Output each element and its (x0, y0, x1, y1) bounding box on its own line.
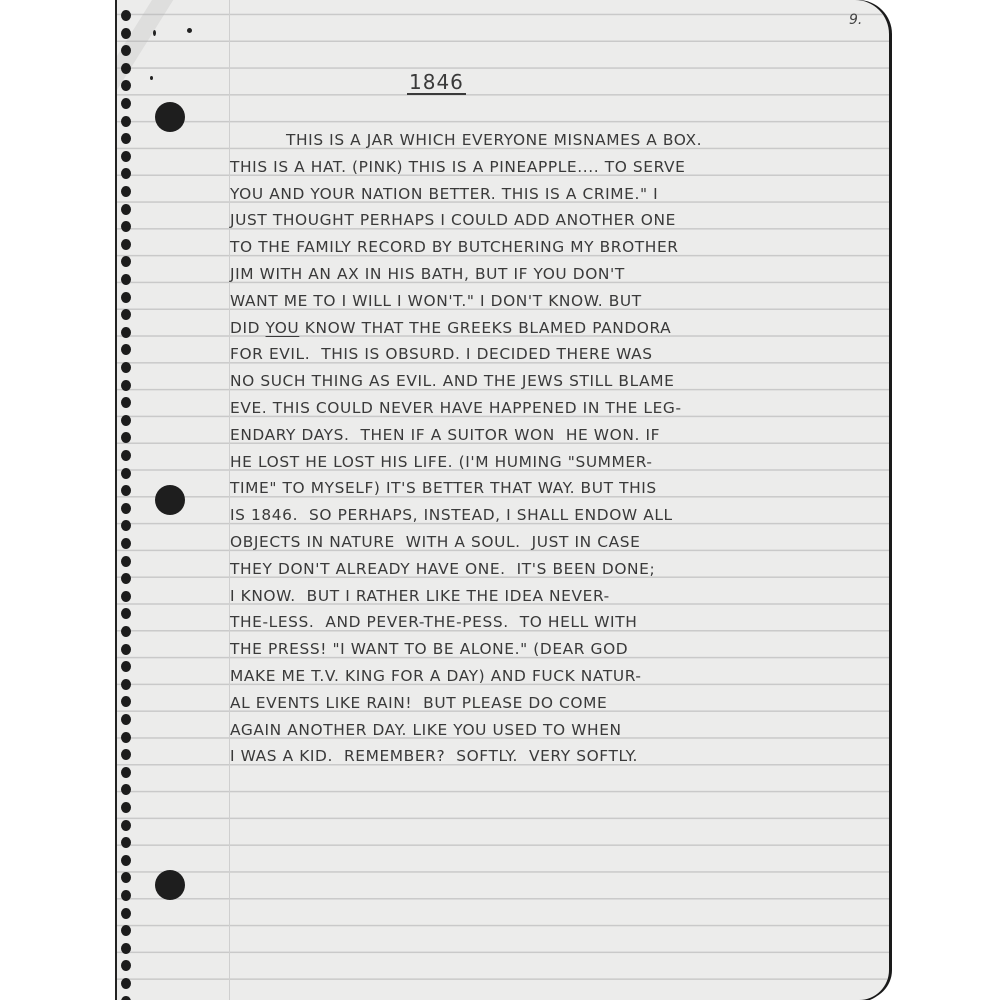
spiral-hole (121, 749, 131, 760)
spiral-hole (121, 802, 131, 813)
spiral-hole (121, 397, 131, 408)
text-line: AL EVENTS LIKE RAIN! BUT PLEASE DO COME (230, 690, 880, 717)
text-line: ENDARY DAYS. THEN IF A SUITOR WON HE WON… (230, 422, 880, 449)
text-line: HE LOST HE LOST HIS LIFE. (I'M HUMING "S… (230, 449, 880, 476)
spiral-hole (121, 380, 131, 391)
page-number: 9. (849, 12, 862, 28)
spiral-hole (121, 292, 131, 303)
text-line: AGAIN ANOTHER DAY. LIKE YOU USED TO WHEN (230, 717, 880, 744)
spiral-hole (121, 415, 131, 426)
spiral-hole (121, 256, 131, 267)
spiral-hole (121, 186, 131, 197)
spiral-hole (121, 45, 131, 56)
ink-speck (150, 76, 153, 80)
spiral-hole (121, 925, 131, 936)
page-title: 1846 (407, 71, 466, 95)
spiral-hole (121, 908, 131, 919)
handwritten-body: THIS IS A JAR WHICH EVERYONE MISNAMES A … (230, 127, 880, 770)
spiral-hole (121, 837, 131, 848)
spiral-hole (121, 784, 131, 795)
spiral-hole (121, 943, 131, 954)
spiral-hole (121, 98, 131, 109)
spiral-hole (121, 679, 131, 690)
spiral-hole (121, 450, 131, 461)
text-line: FOR EVIL. THIS IS OBSURD. I DECIDED THER… (230, 341, 880, 368)
spiral-binding-holes (119, 0, 133, 1000)
spiral-hole (121, 608, 131, 619)
spiral-hole (121, 626, 131, 637)
spiral-hole (121, 996, 131, 1000)
spiral-hole (121, 767, 131, 778)
text-line: TO THE FAMILY RECORD BY BUTCHERING MY BR… (230, 234, 880, 261)
spiral-hole (121, 960, 131, 971)
spiral-hole (121, 890, 131, 901)
punch-hole-middle (155, 485, 185, 515)
spiral-hole (121, 80, 131, 91)
text-line: JUST THOUGHT PERHAPS I COULD ADD ANOTHER… (230, 207, 880, 234)
spiral-hole (121, 661, 131, 672)
text-line: YOU AND YOUR NATION BETTER. THIS IS A CR… (230, 181, 880, 208)
text-line: THE-LESS. AND PEVER-THE-PESS. TO HELL WI… (230, 609, 880, 636)
text-line: NO SUCH THING AS EVIL. AND THE JEWS STIL… (230, 368, 880, 395)
ink-speck (187, 28, 192, 33)
text-line: TIME" TO MYSELF) IT'S BETTER THAT WAY. B… (230, 475, 880, 502)
ink-speck (153, 30, 156, 36)
spiral-hole (121, 133, 131, 144)
spiral-hole (121, 309, 131, 320)
spiral-hole (121, 573, 131, 584)
text-line: EVE. THIS COULD NEVER HAVE HAPPENED IN T… (230, 395, 880, 422)
text-line: THEY DON'T ALREADY HAVE ONE. IT'S BEEN D… (230, 556, 880, 583)
spiral-hole (121, 362, 131, 373)
text-segment: KNOW THAT THE GREEKS BLAMED PANDORA (299, 319, 671, 337)
spiral-hole (121, 168, 131, 179)
text-segment: DID (230, 319, 266, 337)
spiral-hole (121, 28, 131, 39)
spiral-hole (121, 820, 131, 831)
spiral-hole (121, 520, 131, 531)
text-line: THE PRESS! "I WANT TO BE ALONE." (DEAR G… (230, 636, 880, 663)
punch-hole-bottom (155, 870, 185, 900)
punch-hole-top (155, 102, 185, 132)
text-line: JIM WITH AN AX IN HIS BATH, BUT IF YOU D… (230, 261, 880, 288)
spiral-hole (121, 485, 131, 496)
spiral-hole (121, 344, 131, 355)
text-line: MAKE ME T.V. KING FOR A DAY) AND FUCK NA… (230, 663, 880, 690)
spiral-hole (121, 591, 131, 602)
spiral-hole (121, 10, 131, 21)
spiral-hole (121, 327, 131, 338)
spiral-hole (121, 644, 131, 655)
text-line: WANT ME TO I WILL I WON'T." I DON'T KNOW… (230, 288, 880, 315)
spiral-hole (121, 714, 131, 725)
spiral-hole (121, 978, 131, 989)
text-line: THIS IS A JAR WHICH EVERYONE MISNAMES A … (230, 127, 880, 154)
text-line: I WAS A KID. REMEMBER? SOFTLY. VERY SOFT… (230, 743, 880, 770)
spiral-hole (121, 872, 131, 883)
spiral-hole (121, 696, 131, 707)
spiral-hole (121, 116, 131, 127)
spiral-hole (121, 239, 131, 250)
spiral-hole (121, 556, 131, 567)
text-line: THIS IS A HAT. (PINK) THIS IS A PINEAPPL… (230, 154, 880, 181)
spiral-hole (121, 432, 131, 443)
spiral-hole (121, 63, 131, 74)
spiral-hole (121, 274, 131, 285)
spiral-hole (121, 503, 131, 514)
spiral-hole (121, 732, 131, 743)
underlined-word: YOU (266, 319, 300, 337)
spiral-hole (121, 221, 131, 232)
spiral-hole (121, 538, 131, 549)
text-line: DID YOU KNOW THAT THE GREEKS BLAMED PAND… (230, 315, 880, 342)
spiral-hole (121, 151, 131, 162)
text-line: I KNOW. BUT I RATHER LIKE THE IDEA NEVER… (230, 583, 880, 610)
text-line: IS 1846. SO PERHAPS, INSTEAD, I SHALL EN… (230, 502, 880, 529)
text-line: OBJECTS IN NATURE WITH A SOUL. JUST IN C… (230, 529, 880, 556)
notebook-page: 9. 1846 THIS IS A JAR WHICH EVERYONE MIS… (115, 0, 889, 1000)
spiral-hole (121, 204, 131, 215)
spiral-hole (121, 468, 131, 479)
spiral-hole (121, 855, 131, 866)
